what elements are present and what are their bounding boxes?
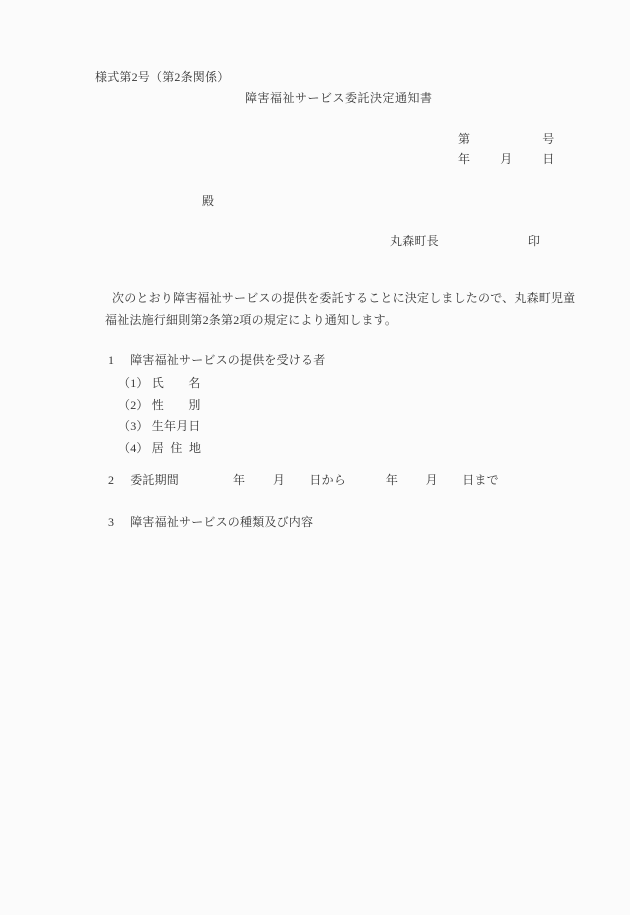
item-3-number: 3 — [108, 514, 114, 530]
document-number-line: 第 号 — [458, 131, 554, 147]
doc-number-blank — [470, 142, 542, 143]
sender-line: 丸森町長 印 — [390, 233, 540, 249]
item-2-number-gap — [114, 483, 130, 484]
doc-number-prefix: 第 — [458, 131, 470, 147]
date-month-label: 月 — [500, 151, 512, 167]
item-1-subitem-name: （1） 氏 名 — [118, 375, 201, 391]
form-number-note: 様式第2号（第2条関係） — [95, 69, 229, 85]
sender-name-blank — [439, 244, 528, 245]
item-2-number: 2 — [108, 472, 114, 488]
sender-name: 丸森町長 — [390, 233, 439, 249]
item-1-subitem-residence: （4） 居 住 地 — [118, 440, 201, 456]
date-year-blank — [470, 162, 500, 163]
item-1-subitem-sex: （2） 性 別 — [118, 397, 201, 413]
doc-number-suffix: 号 — [542, 131, 554, 147]
item-1-line: 1 障害福祉サービスの提供を受ける者 — [108, 352, 325, 368]
item-1-subitem-birthdate: （3） 生年月日 — [118, 418, 201, 434]
seal-mark: 印 — [528, 233, 540, 249]
item-2-period-blank — [179, 483, 233, 484]
item-1-number-gap — [114, 363, 130, 364]
addressee-honorific: 殿 — [202, 193, 214, 209]
issue-date-line: 年 月 日 — [458, 151, 555, 167]
date-year-label: 年 — [458, 151, 470, 167]
item-2-line: 2 委託期間 年 月 日から 年 月 日まで — [108, 472, 499, 488]
item-2-label: 委託期間 — [130, 472, 179, 488]
date-month-blank — [512, 162, 542, 163]
item-3-line: 3 障害福祉サービスの種類及び内容 — [108, 514, 313, 530]
item-2-period-labels: 年 月 日から 年 月 日まで — [233, 472, 499, 488]
document-page: 様式第2号（第2条関係） 障害福祉サービス委託決定通知書 第 号 年 月 日 殿… — [0, 0, 630, 915]
body-paragraph-line1: 次のとおり障害福祉サービスの提供を委託することに決定しましたので、丸森町児童 — [112, 290, 575, 306]
document-title: 障害福祉サービス委託決定通知書 — [245, 90, 433, 106]
item-1-label: 障害福祉サービスの提供を受ける者 — [130, 352, 325, 368]
item-1-number: 1 — [108, 352, 114, 368]
date-day-label: 日 — [542, 151, 554, 167]
item-3-number-gap — [114, 525, 130, 526]
body-paragraph-line2: 福祉法施行細則第2条第2項の規定により通知します。 — [105, 312, 397, 328]
item-3-label: 障害福祉サービスの種類及び内容 — [130, 514, 313, 530]
